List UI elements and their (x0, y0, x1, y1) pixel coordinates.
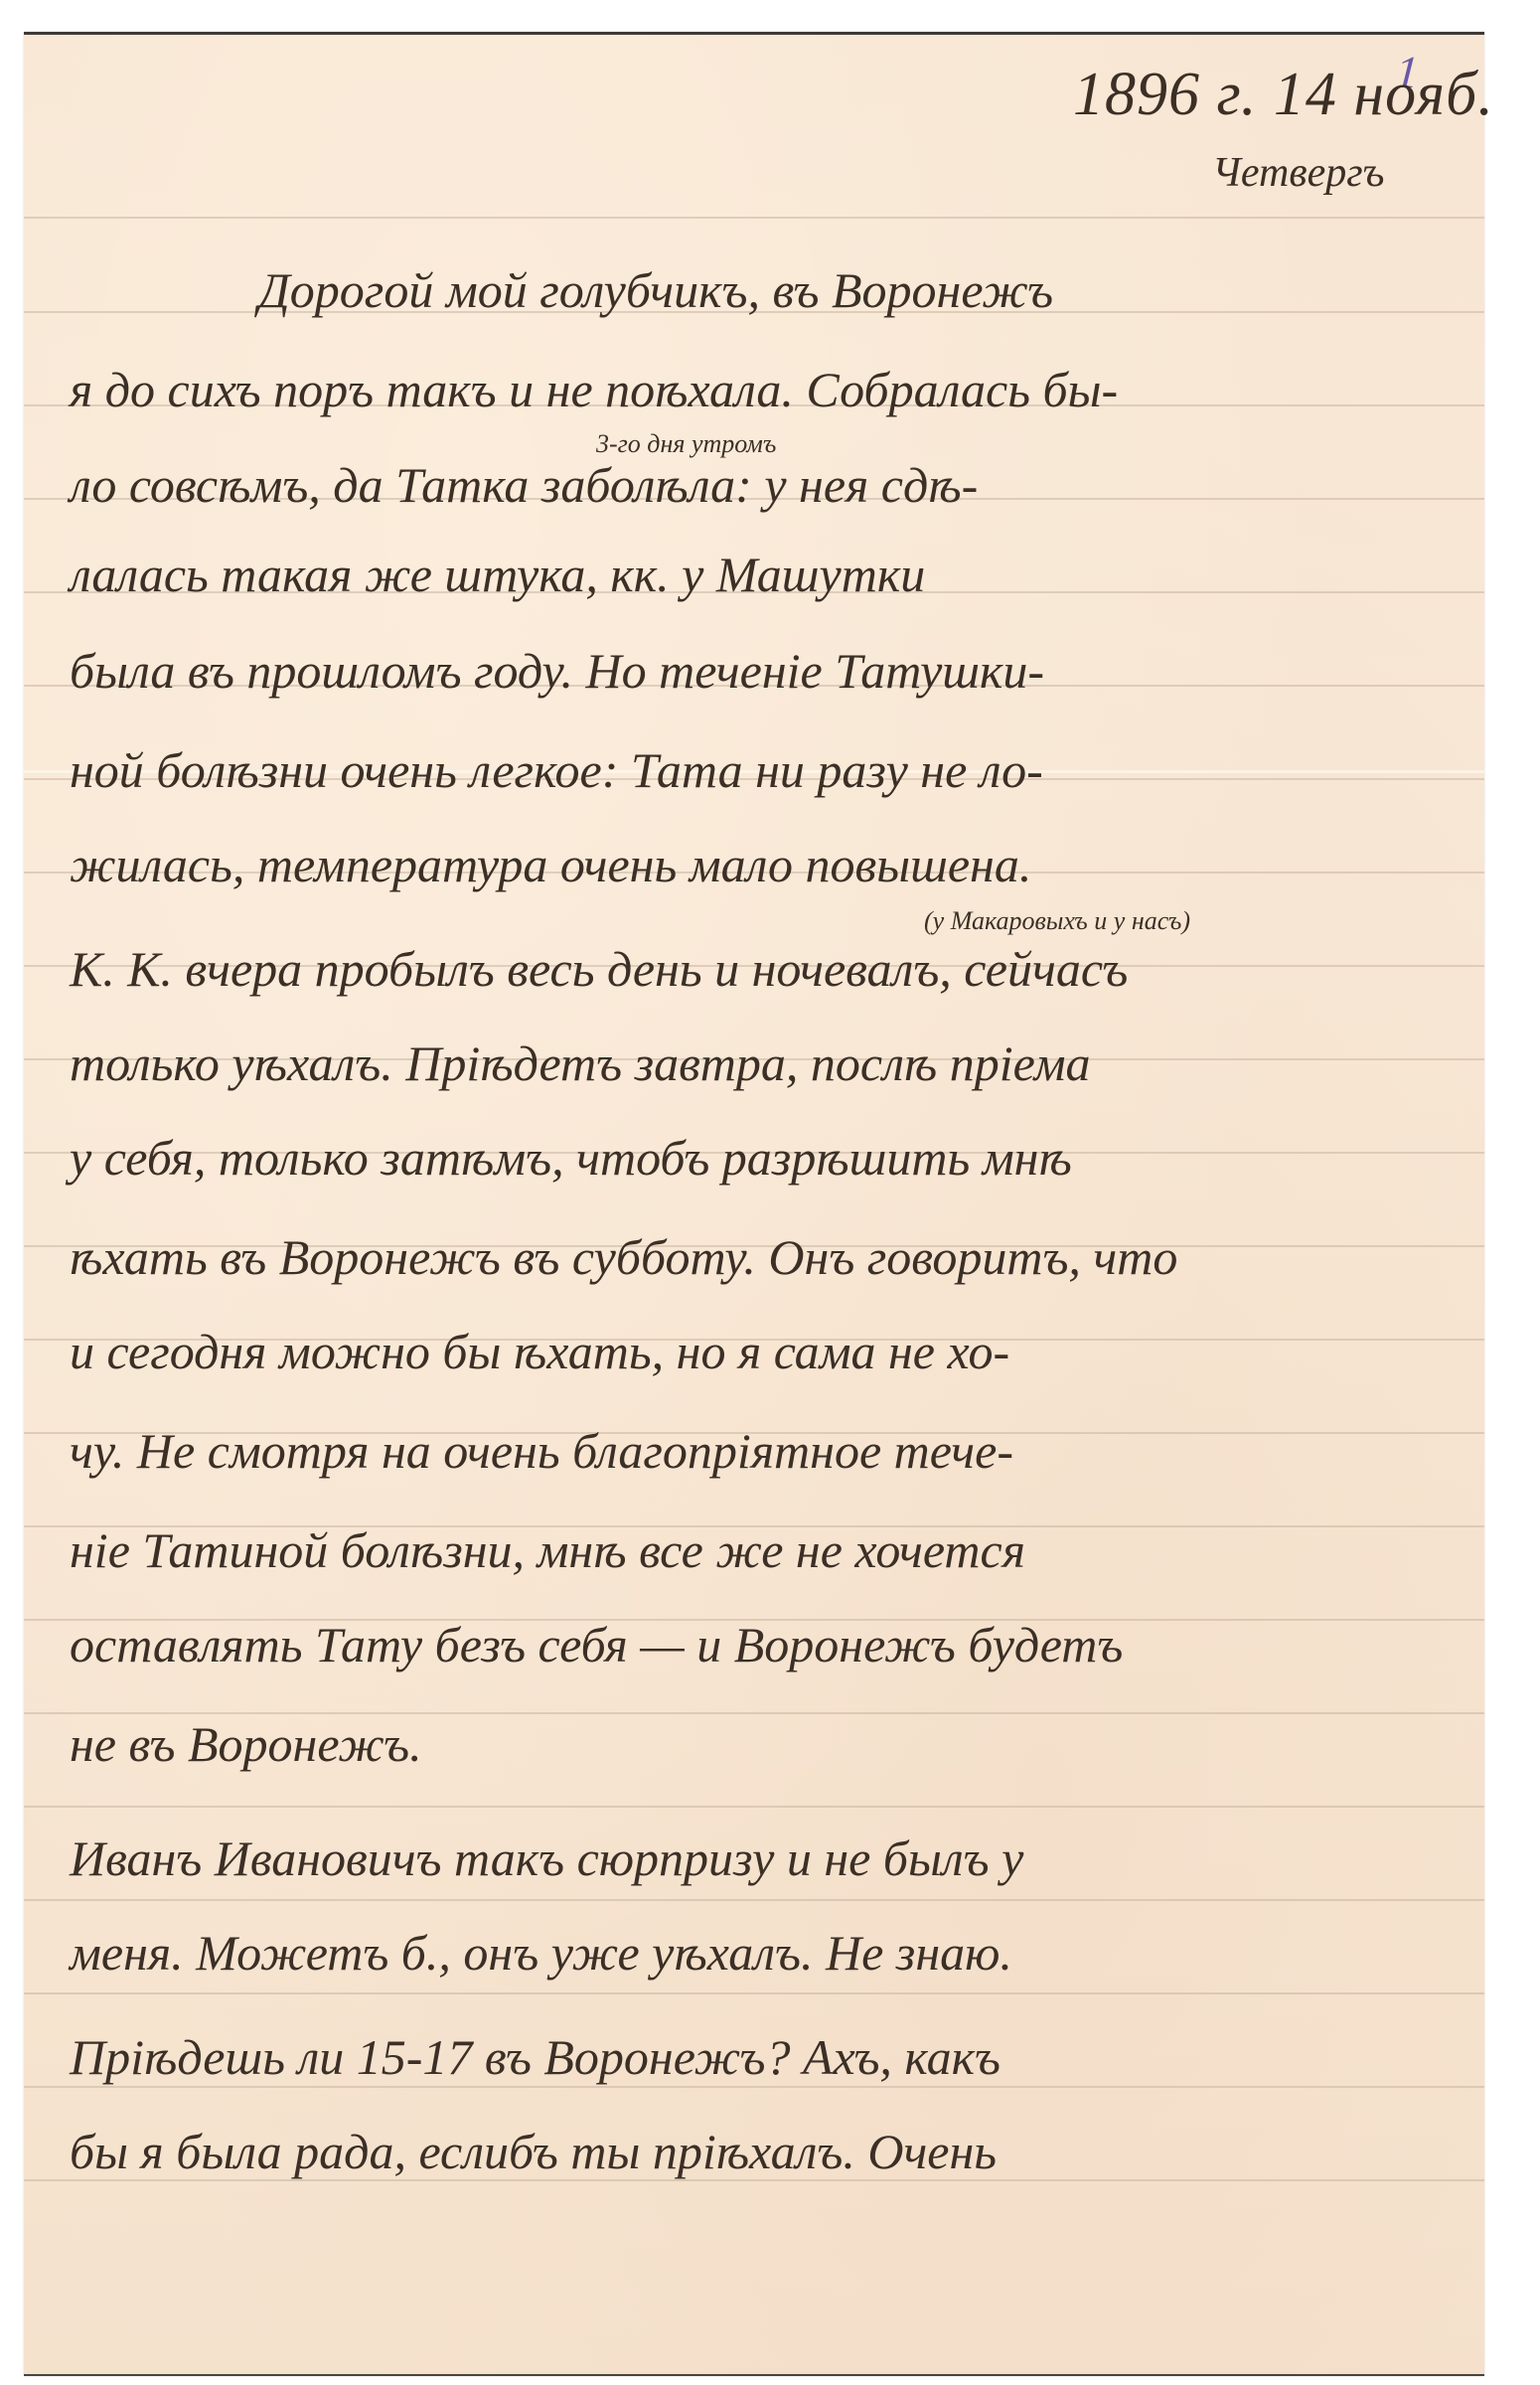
letter-line: ѣхать въ Воронежъ въ субботу. Онъ говори… (70, 1227, 1461, 1287)
letter-line: чу. Не смотря на очень благопріятное теч… (70, 1421, 1461, 1481)
letter-line: у себя, только затѣмъ, чтобъ разрѣшить м… (70, 1128, 1461, 1188)
letter-line: не въ Воронежъ. (70, 1714, 1461, 1774)
letter-line: только уѣхалъ. Пріѣдетъ завтра, послѣ пр… (70, 1033, 1461, 1093)
letter-line: ніе Татиной болѣзни, мнѣ все же не хочет… (70, 1520, 1461, 1580)
letter-line: я до сихъ поръ такъ и не поѣхала. Собрал… (70, 360, 1461, 419)
letter-line: К. К. вчера пробылъ весь день и ночевалъ… (70, 939, 1461, 999)
ruled-line (24, 1992, 1484, 1994)
letter-line: оставлять Тату безъ себя — и Воронежъ бу… (70, 1615, 1461, 1674)
letter-line: бы я была рада, еслибъ ты пріѣхалъ. Очен… (70, 2122, 1461, 2181)
letter-line: ло совсѣмъ, да Татка заболѣла: у нея сдѣ… (70, 455, 1461, 515)
letter-line: была въ прошломъ году. Но теченіе Татушк… (70, 641, 1461, 701)
ruled-line (24, 1806, 1484, 1808)
letter-line: меня. Можетъ б., онъ уже уѣхалъ. Не знаю… (70, 1923, 1461, 1983)
ruled-line (24, 217, 1484, 219)
letter-line: Пріѣдешь ли 15-17 въ Воронежъ? Ахъ, какъ (70, 2027, 1461, 2087)
letter-line: жилась, температура очень мало повышена. (70, 835, 1461, 894)
interlinear-insert: (у Макаровыхъ и у насъ) (924, 906, 1190, 936)
letter-weekday: Четвергъ (1212, 149, 1384, 197)
ruled-line (24, 1899, 1484, 1901)
letter-line: и сегодня можно бы ѣхать, но я сама не х… (70, 1322, 1461, 1381)
letter-line: Дорогой мой голубчикъ, въ Воронежъ (258, 260, 1540, 320)
letter-line: ной болѣзни очень легкое: Тата ни разу н… (70, 740, 1461, 800)
letter-line: лалась такая же штука, кк. у Машутки (70, 545, 1461, 604)
letter-date: 1896 г. 14 нояб. (1073, 60, 1494, 130)
letter-line: Иванъ Ивановичъ такъ сюрпризу и не былъ … (70, 1828, 1461, 1888)
